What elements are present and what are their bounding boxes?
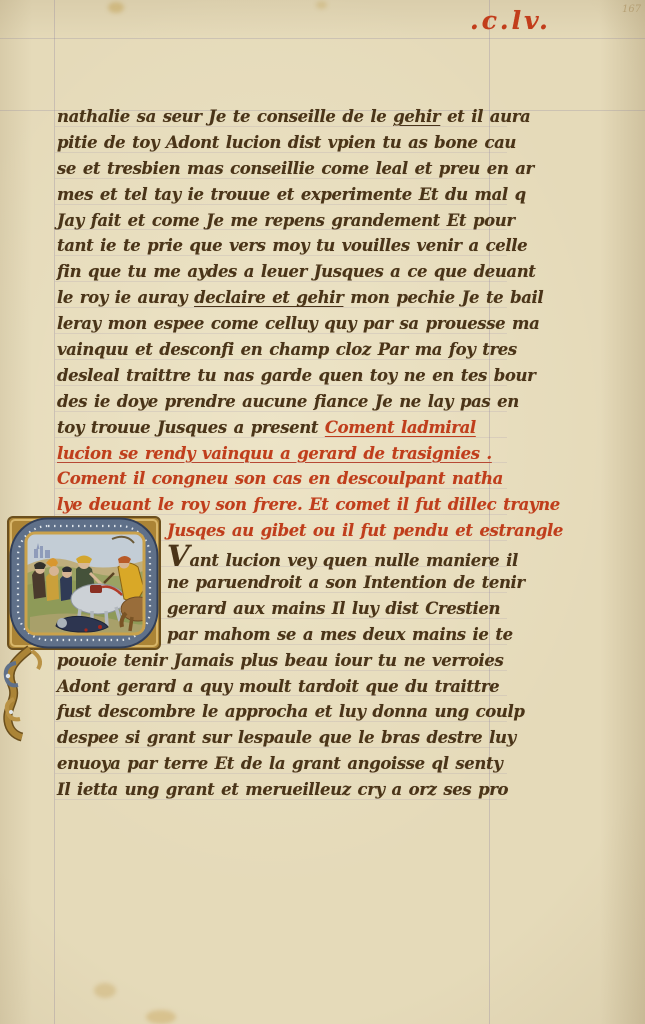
- left-margin-ruling: [54, 0, 55, 1024]
- body-text: par mahom se a mes deux mains ie te: [167, 625, 513, 644]
- body-text: ant lucion vey quen nulle maniere il: [190, 551, 518, 570]
- text-line: enuoya par terre Et de la grant angoisse…: [57, 751, 493, 777]
- body-text: desleal traittre tu nas garde quen toy n…: [57, 366, 535, 385]
- body-text: et il aura: [440, 107, 530, 126]
- parchment-stain: [316, 1, 327, 9]
- text-line: le roy ie auray declaire et gehir mon pe…: [57, 285, 493, 311]
- body-text: toy trouue Jusques a present: [57, 418, 325, 437]
- text-line: lucion se rendy vainquu a gerard de tras…: [57, 441, 493, 467]
- parchment-stain: [94, 983, 116, 998]
- body-text: fin que tu me aydes a leuer Jusques a ce…: [57, 262, 536, 281]
- folio-number: 167: [622, 4, 641, 15]
- body-text: vainquu et desconfi en champ cloz Par ma…: [57, 340, 517, 359]
- text-line: tant ie te prie que vers moy tu vouilles…: [57, 233, 493, 259]
- text-line: pitie de toy Adont lucion dist vpien tu …: [57, 130, 493, 156]
- miniature-svg: [2, 513, 170, 745]
- body-text: Il ietta ung grant et merueilleuz cry a …: [57, 780, 508, 799]
- body-text: enuoya par terre Et de la grant angoisse…: [57, 754, 502, 773]
- rubric-text: Coment il congneu son cas en descoulpant…: [57, 469, 503, 488]
- text-line: desleal traittre tu nas garde quen toy n…: [57, 363, 493, 389]
- miniature-scene: [27, 534, 155, 633]
- body-text: nathalie sa seur Je te conseille de le: [57, 107, 393, 126]
- text-line: vainquu et desconfi en champ cloz Par ma…: [57, 337, 493, 363]
- rubric-text: lucion se rendy vainquu a gerard de tras…: [57, 444, 492, 463]
- text-line: des ie doye prendre aucune fiance Je ne …: [57, 389, 493, 415]
- text-line: nathalie sa seur Je te conseille de le g…: [57, 104, 493, 130]
- body-text: declaire et gehir: [194, 288, 343, 307]
- manuscript-page: .c.lv. 167 nathalie sa seur Je te consei…: [0, 0, 645, 1024]
- body-text: le roy ie auray: [57, 288, 194, 307]
- text-line: toy trouue Jusques a present Coment ladm…: [57, 415, 493, 441]
- text-line: Coment il congneu son cas en descoulpant…: [57, 466, 493, 492]
- body-text: V: [167, 539, 190, 573]
- body-text: pitie de toy Adont lucion dist vpien tu …: [57, 133, 516, 152]
- historiated-initial-q: [2, 513, 170, 745]
- rubric-text: Coment ladmiral: [325, 418, 476, 437]
- text-line: fin que tu me aydes a leuer Jusques a ce…: [57, 259, 493, 285]
- body-text: leray mon espee come celluy quy par sa p…: [57, 314, 539, 333]
- parchment-stain: [108, 2, 124, 13]
- text-line: mes et tel tay ie trouue et experimente …: [57, 182, 493, 208]
- text-line: Il ietta ung grant et merueilleuz cry a …: [57, 777, 493, 803]
- text-line: Jay fait et come Je me repens grandement…: [57, 208, 493, 234]
- body-text: Jay fait et come Je me repens grandement…: [57, 211, 515, 230]
- body-text: mon pechie Je te bail: [343, 288, 543, 307]
- text-line: se et tresbien mas conseillie come leal …: [57, 156, 493, 182]
- text-line: leray mon espee come celluy quy par sa p…: [57, 311, 493, 337]
- body-text: gerard aux mains Il luy dist Crestien: [167, 599, 500, 618]
- body-text: gehir: [393, 107, 440, 126]
- pen-flourish-tail: [6, 649, 40, 737]
- body-text: des ie doye prendre aucune fiance Je ne …: [57, 392, 519, 411]
- body-text: ne paruendroit a son Intention de tenir: [167, 573, 525, 592]
- top-ruling: [0, 38, 645, 39]
- body-text: se et tresbien mas conseillie come leal …: [57, 159, 534, 178]
- rubric-text: lye deuant le roy son frere. Et comet il…: [57, 495, 560, 514]
- body-text: mes et tel tay ie trouue et experimente …: [57, 185, 526, 204]
- rubric-text: Jusqes au gibet ou il fut pendu et estra…: [167, 521, 563, 540]
- parchment-stain: [146, 1010, 176, 1024]
- saddle: [90, 585, 102, 593]
- body-text: tant ie te prie que vers moy tu vouilles…: [57, 236, 527, 255]
- chapter-number: .c.lv.: [470, 6, 551, 35]
